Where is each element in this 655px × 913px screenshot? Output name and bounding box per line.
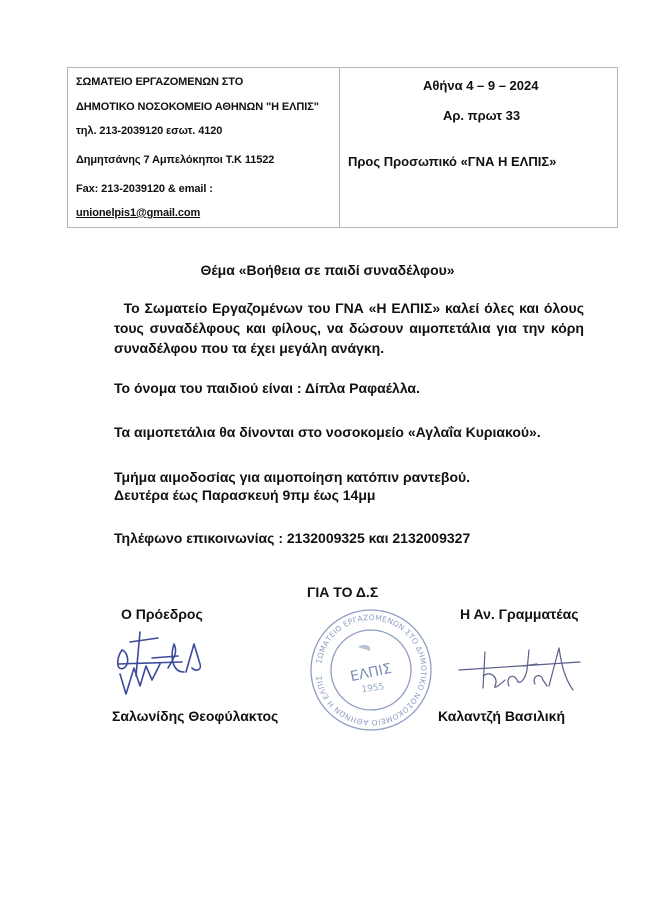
- union-phone: τηλ. 213-2039120 εσωτ. 4120: [76, 125, 222, 137]
- stamp-emblem-icon: [358, 645, 370, 651]
- stamp-year: 1955: [361, 682, 385, 695]
- letter-date: Αθήνα 4 – 9 – 2024: [423, 78, 538, 93]
- president-signature: [112, 628, 212, 700]
- president-title: Ο Πρόεδρος: [121, 606, 203, 622]
- board-label: ΓΙΑ ΤΟ Δ.Σ: [307, 584, 378, 600]
- secretary-name: Καλαντζή Βασιλική: [438, 708, 565, 724]
- secretary-title: Η Αν. Γραμματέας: [460, 606, 579, 622]
- department-line: Τμήμα αιμοδοσίας για αιμοποίηση κατόπιν …: [114, 469, 470, 485]
- union-stamp: ΣΩΜΑΤΕΙΟ ΕΡΓΑΖΟΜΕΝΩΝ ΣΤΟ ΔΗΜΟΤΙΚΟ ΝΟΣΟΚΟ…: [306, 605, 436, 735]
- letterhead-divider: [339, 68, 340, 227]
- intro-paragraph: Το Σωματείο Εργαζομένων του ΓΝΑ «Η ΕΛΠΙΣ…: [114, 298, 584, 358]
- stamp-center-text: ΕΛΠΙΣ: [349, 661, 393, 685]
- letterhead-box: ΣΩΜΑΤΕΙΟ ΕΡΓΑΖΟΜΕΝΩΝ ΣΤΟ ΔΗΜΟΤΙΚΟ ΝΟΣΟΚΟ…: [67, 67, 618, 228]
- hours-line: Δευτέρα έως Παρασκευή 9πμ έως 14μμ: [114, 487, 375, 503]
- protocol-number: Αρ. πρωτ 33: [443, 108, 520, 123]
- union-address: Δημητσάνης 7 Αμπελόκηποι Τ.Κ 11522: [76, 154, 274, 166]
- secretary-signature: [455, 640, 590, 695]
- recipient-line: Προς Προσωπικό «ΓΝΑ Η ΕΛΠΙΣ»: [348, 154, 556, 169]
- phones-line: Τηλέφωνο επικοινωνίας : 2132009325 και 2…: [114, 530, 470, 546]
- hospital-line: Τα αιμοπετάλια θα δίνονται στο νοσοκομεί…: [114, 424, 541, 440]
- union-name-line-1: ΣΩΜΑΤΕΙΟ ΕΡΓΑΖΟΜΕΝΩΝ ΣΤΟ: [76, 76, 243, 88]
- president-name: Σαλωνίδης Θεοφύλακτος: [112, 708, 278, 724]
- subject-line: Θέμα «Βοήθεια σε παιδί συναδέλφου»: [0, 262, 655, 278]
- child-name-line: Το όνομα του παιδιού είναι : Δίπλα Ραφαέ…: [114, 380, 420, 396]
- union-name-line-2: ΔΗΜΟΤΙΚΟ ΝΟΣΟΚΟΜΕΙΟ ΑΘΗΝΩΝ "Η ΕΛΠΙΣ": [76, 101, 319, 113]
- union-fax: Fax: 213-2039120 & email :: [76, 183, 213, 195]
- union-email-link[interactable]: unionelpis1@gmail.com: [76, 207, 200, 219]
